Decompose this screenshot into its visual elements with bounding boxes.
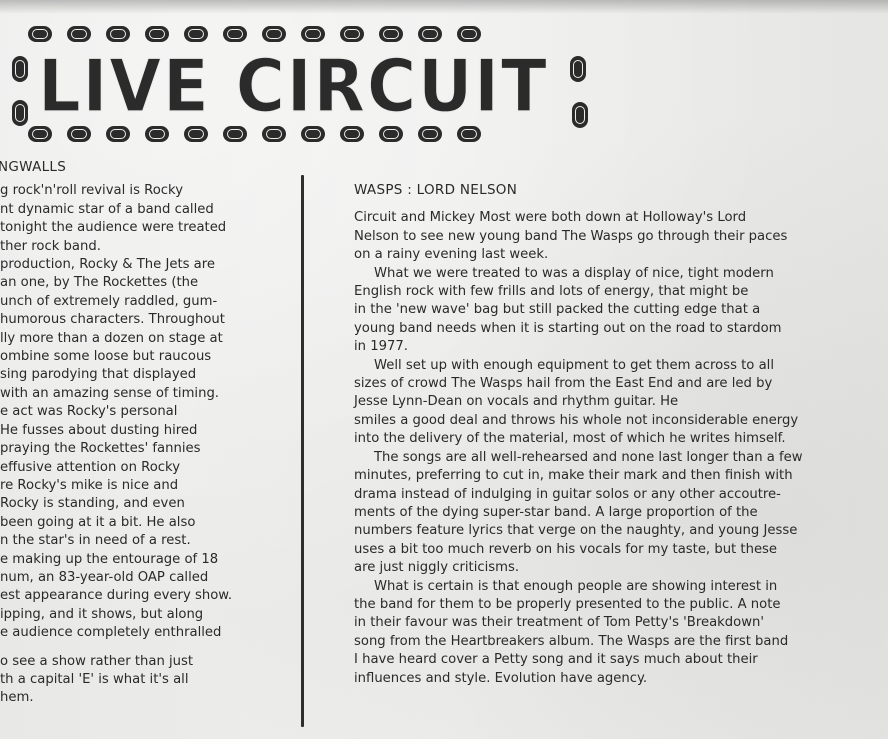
article-line: Well set up with enough equipment to get…	[354, 357, 844, 375]
article-line: sing parodying that displayed	[0, 366, 260, 384]
masthead-pill-icon	[145, 126, 169, 142]
article-line: Nelson to see new young band The Wasps g…	[354, 228, 844, 246]
article-line: production, Rocky & The Jets are	[0, 256, 260, 274]
article-line: est appearance during every show.	[0, 587, 260, 605]
article-line: are just niggly criticisms.	[354, 559, 844, 577]
article-line: young band needs when it is starting out…	[354, 320, 844, 338]
article-line: n the star's in need of a rest.	[0, 532, 260, 550]
article-line: humorous characters. Throughout	[0, 311, 260, 329]
masthead-pill-icon	[28, 26, 52, 42]
article-line: Rocky is standing, and even	[0, 495, 260, 513]
masthead-pill-icon	[262, 26, 286, 42]
article-line: lly more than a dozen on stage at	[0, 330, 260, 348]
article-line: in their favour was their treatment of T…	[354, 614, 844, 632]
article-paragraph: The songs are all well-rehearsed and non…	[354, 449, 844, 578]
article-line: e audience completely enthralled	[0, 624, 260, 642]
article-line: influences and style. Evolution have age…	[354, 670, 844, 688]
masthead-pill-icon	[340, 126, 364, 142]
article-line: hem.	[0, 689, 260, 707]
article-line: What we were treated to was a display of…	[354, 265, 844, 283]
masthead: LIVE CIRCUIT LIVE CIRCUIT	[0, 0, 600, 160]
article-line: e making up the entourage of 18	[0, 551, 260, 569]
article-line: re Rocky's mike is nice and	[0, 477, 260, 495]
article-line: nt dynamic star of a band called	[0, 201, 260, 219]
article-line: ther rock band.	[0, 238, 260, 256]
masthead-pill-icon	[223, 126, 247, 142]
article-line: What is certain is that enough people ar…	[354, 578, 844, 596]
masthead-title: LIVE CIRCUIT LIVE CIRCUIT	[38, 46, 548, 126]
article-line: an one, by The Rockettes (the	[0, 274, 260, 292]
article-line	[0, 643, 260, 653]
masthead-left-lower-pill-icon	[12, 100, 28, 126]
article-line: Jesse Lynn-Dean on vocals and rhythm gui…	[354, 393, 844, 411]
article-line: into the delivery of the material, most …	[354, 430, 844, 448]
masthead-pill-icon	[145, 26, 169, 42]
masthead-right-lower-pill-icon	[572, 102, 588, 128]
article-line: in the 'new wave' bag but still packed t…	[354, 301, 844, 319]
masthead-pill-icon	[301, 126, 325, 142]
article-paragraph: Circuit and Mickey Most were both down a…	[354, 209, 844, 264]
masthead-pill-icon	[379, 126, 403, 142]
masthead-pill-icon	[223, 26, 247, 42]
article-line: ombine some loose but raucous	[0, 348, 260, 366]
article-line: num, an 83-year-old OAP called	[0, 569, 260, 587]
column-divider	[301, 175, 304, 727]
article-line: He fusses about dusting hired	[0, 422, 260, 440]
article-line: e act was Rocky's personal	[0, 403, 260, 421]
left-article: NGWALLS g rock'n'roll revival is Rockynt…	[0, 158, 260, 708]
masthead-pill-icon	[340, 26, 364, 42]
article-line: numbers feature lyrics that verge on the…	[354, 522, 844, 540]
masthead-pill-icon	[184, 126, 208, 142]
masthead-pill-icon	[418, 126, 442, 142]
article-line: th a capital 'E' is what it's all	[0, 671, 260, 689]
left-article-body: g rock'n'roll revival is Rockynt dynamic…	[0, 182, 260, 707]
masthead-bottom-dot-row	[28, 126, 496, 142]
masthead-pill-icon	[67, 26, 91, 42]
article-paragraph: Well set up with enough equipment to get…	[354, 357, 844, 449]
article-paragraph: What we were treated to was a display of…	[354, 265, 844, 357]
article-line: sizes of crowd The Wasps hail from the E…	[354, 375, 844, 393]
right-article-body: Circuit and Mickey Most were both down a…	[354, 209, 844, 688]
article-line: been going at it a bit. He also	[0, 514, 260, 532]
right-article: WASPS : LORD NELSON Circuit and Mickey M…	[354, 181, 844, 688]
article-line: praying the Rockettes' fannies	[0, 440, 260, 458]
article-line: I have heard cover a Petty song and it s…	[354, 651, 844, 669]
article-line: song from the Heartbreakers album. The W…	[354, 633, 844, 651]
masthead-pill-icon	[262, 126, 286, 142]
article-line: English rock with few frills and lots of…	[354, 283, 844, 301]
masthead-pill-icon	[301, 26, 325, 42]
article-line: the band for them to be properly present…	[354, 596, 844, 614]
article-line: ipping, and it shows, but along	[0, 606, 260, 624]
masthead-pill-icon	[28, 126, 52, 142]
masthead-left-upper-pill-icon	[12, 56, 28, 82]
article-line: with an amazing sense of timing.	[0, 385, 260, 403]
article-paragraph: What is certain is that enough people ar…	[354, 578, 844, 688]
masthead-title-outline: LIVE CIRCUIT	[38, 46, 548, 126]
article-line: The songs are all well-rehearsed and non…	[354, 449, 844, 467]
left-article-heading: NGWALLS	[0, 158, 260, 176]
article-line: smiles a good deal and throws his whole …	[354, 412, 844, 430]
article-line: Circuit and Mickey Most were both down a…	[354, 209, 844, 227]
article-line: effusive attention on Rocky	[0, 459, 260, 477]
masthead-pill-icon	[379, 26, 403, 42]
article-line: g rock'n'roll revival is Rocky	[0, 182, 260, 200]
article-line: tonight the audience were treated	[0, 219, 260, 237]
masthead-pill-icon	[457, 26, 481, 42]
article-line: minutes, preferring to cut in, make thei…	[354, 467, 844, 485]
masthead-pill-icon	[457, 126, 481, 142]
masthead-top-dot-row	[28, 26, 496, 42]
masthead-pill-icon	[106, 26, 130, 42]
article-line: ments of the dying super-star band. A la…	[354, 504, 844, 522]
article-line: o see a show rather than just	[0, 653, 260, 671]
article-line: on a rainy evening last week.	[354, 246, 844, 264]
article-line: unch of extremely raddled, gum-	[0, 293, 260, 311]
right-article-heading: WASPS : LORD NELSON	[354, 181, 844, 199]
article-line: in 1977.	[354, 338, 844, 356]
masthead-pill-icon	[418, 26, 442, 42]
masthead-pill-icon	[184, 26, 208, 42]
masthead-right-upper-pill-icon	[570, 56, 586, 82]
article-line: drama instead of indulging in guitar sol…	[354, 486, 844, 504]
masthead-pill-icon	[67, 126, 91, 142]
masthead-pill-icon	[106, 126, 130, 142]
article-line: uses a bit too much reverb on his vocals…	[354, 541, 844, 559]
